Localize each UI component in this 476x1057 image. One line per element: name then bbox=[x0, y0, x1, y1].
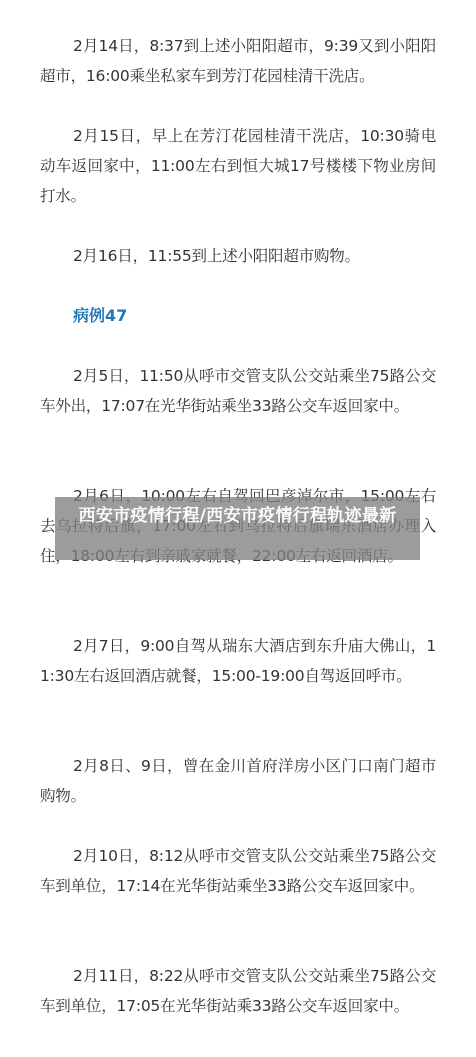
paragraph-feb7: 2月7日，9:00自驾从瑞东大酒店到东升庙大佛山，11:30左右返回酒店就餐，1… bbox=[40, 631, 436, 691]
paragraph-feb8-9: 2月8日、9日，曾在金川首府洋房小区门口南门超市购物。 bbox=[40, 751, 436, 811]
paragraph-feb16: 2月16日，11:55到上述小阳阳超市购物。 bbox=[40, 241, 436, 271]
title-overlay-banner: 西安市疫情行程/西安市疫情行程轨迹最新 bbox=[55, 497, 420, 560]
paragraph-feb15: 2月15日，早上在芳汀花园桂清干洗店，10:30骑电动车返回家中，11:00左右… bbox=[40, 121, 436, 211]
case-heading: 病例47 bbox=[40, 301, 436, 331]
overlay-title: 西安市疫情行程/西安市疫情行程轨迹最新 bbox=[79, 506, 397, 526]
paragraph-feb14: 2月14日，8:37到上述小阳阳超市，9:39又到小阳阳超市，16:00乘坐私家… bbox=[40, 31, 436, 91]
paragraph-feb11: 2月11日，8:22从呼市交管支队公交站乘坐75路公交车到单位，17:05在光华… bbox=[40, 961, 436, 1021]
paragraph-feb5: 2月5日，11:50从呼市交管支队公交站乘坐75路公交车外出，17:07在光华街… bbox=[40, 361, 436, 421]
paragraph-feb10: 2月10日，8:12从呼市交管支队公交站乘坐75路公交车到单位，17:14在光华… bbox=[40, 841, 436, 901]
